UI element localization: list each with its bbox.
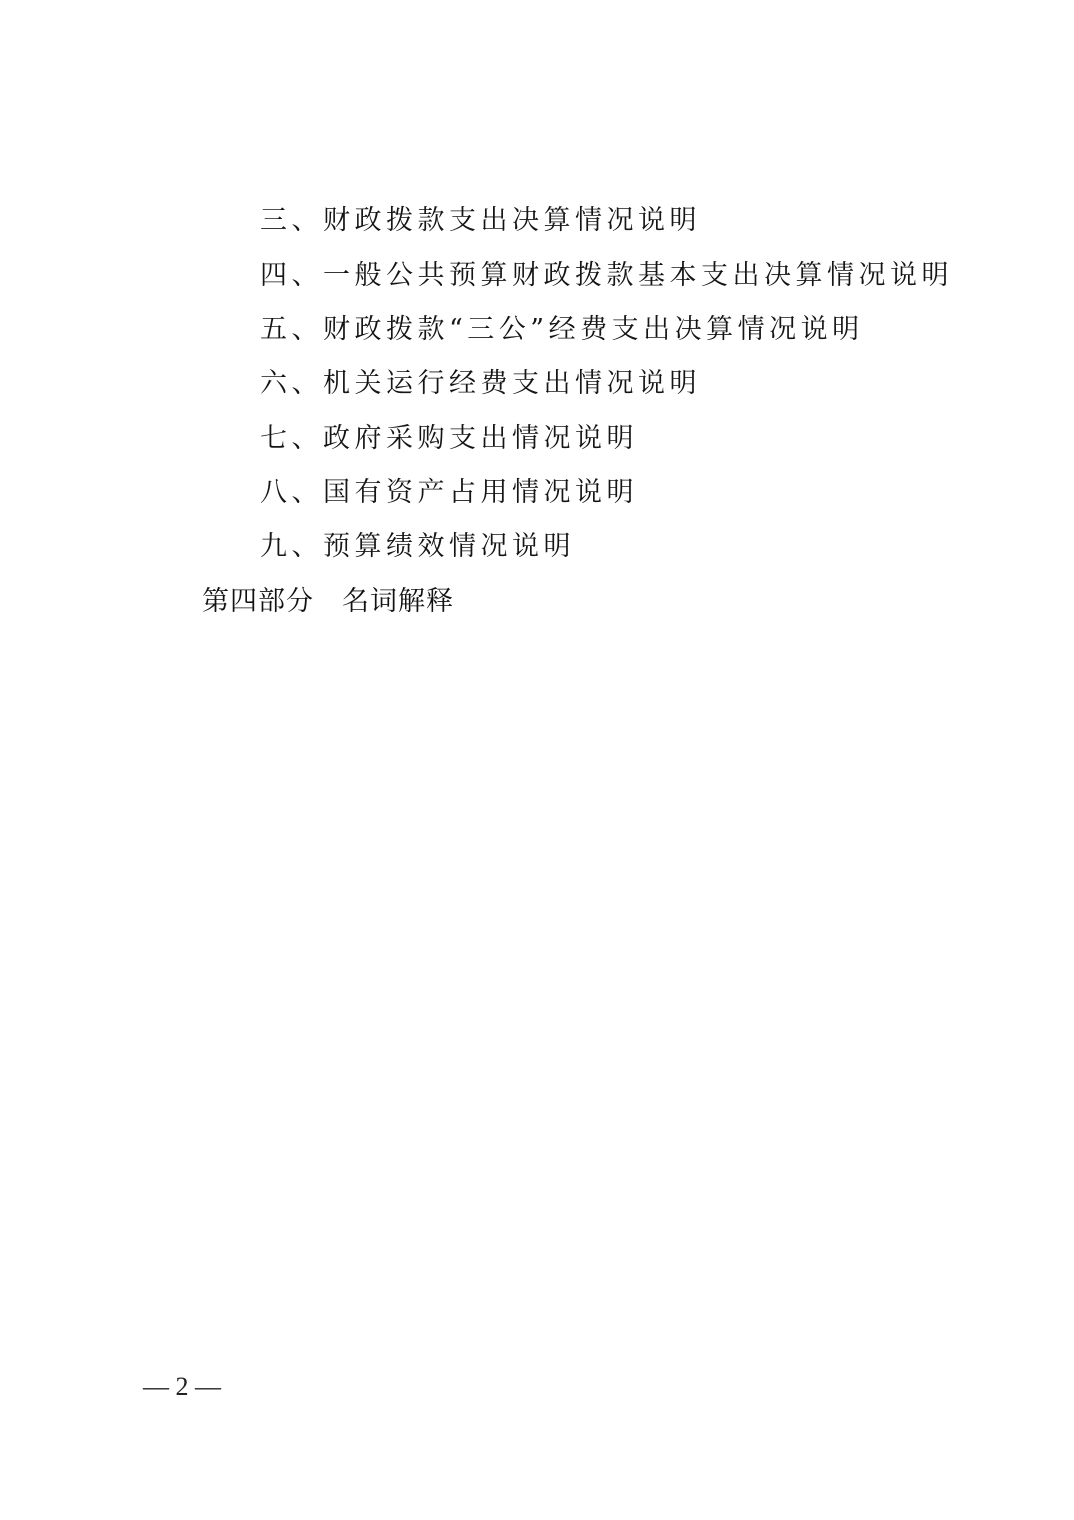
- page-number: — 2 —: [143, 1372, 221, 1402]
- toc-item-4: 四、一般公共预算财政拨款基本支出决算情况说明: [260, 258, 953, 294]
- toc-item-7: 七、政府采购支出情况说明: [260, 421, 638, 457]
- toc-item-9: 九、预算绩效情况说明: [260, 529, 575, 565]
- toc-item-3: 三、财政拨款支出决算情况说明: [260, 203, 701, 239]
- toc-item-5: 五、财政拨款“三公”经费支出决算情况说明: [260, 312, 864, 348]
- toc-item-6: 六、机关运行经费支出情况说明: [260, 366, 701, 402]
- document-page: 三、财政拨款支出决算情况说明 四、一般公共预算财政拨款基本支出决算情况说明 五、…: [0, 0, 1074, 1520]
- toc-item-8: 八、国有资产占用情况说明: [260, 475, 638, 511]
- section-heading-part-four: 第四部分 名词解释: [202, 584, 454, 620]
